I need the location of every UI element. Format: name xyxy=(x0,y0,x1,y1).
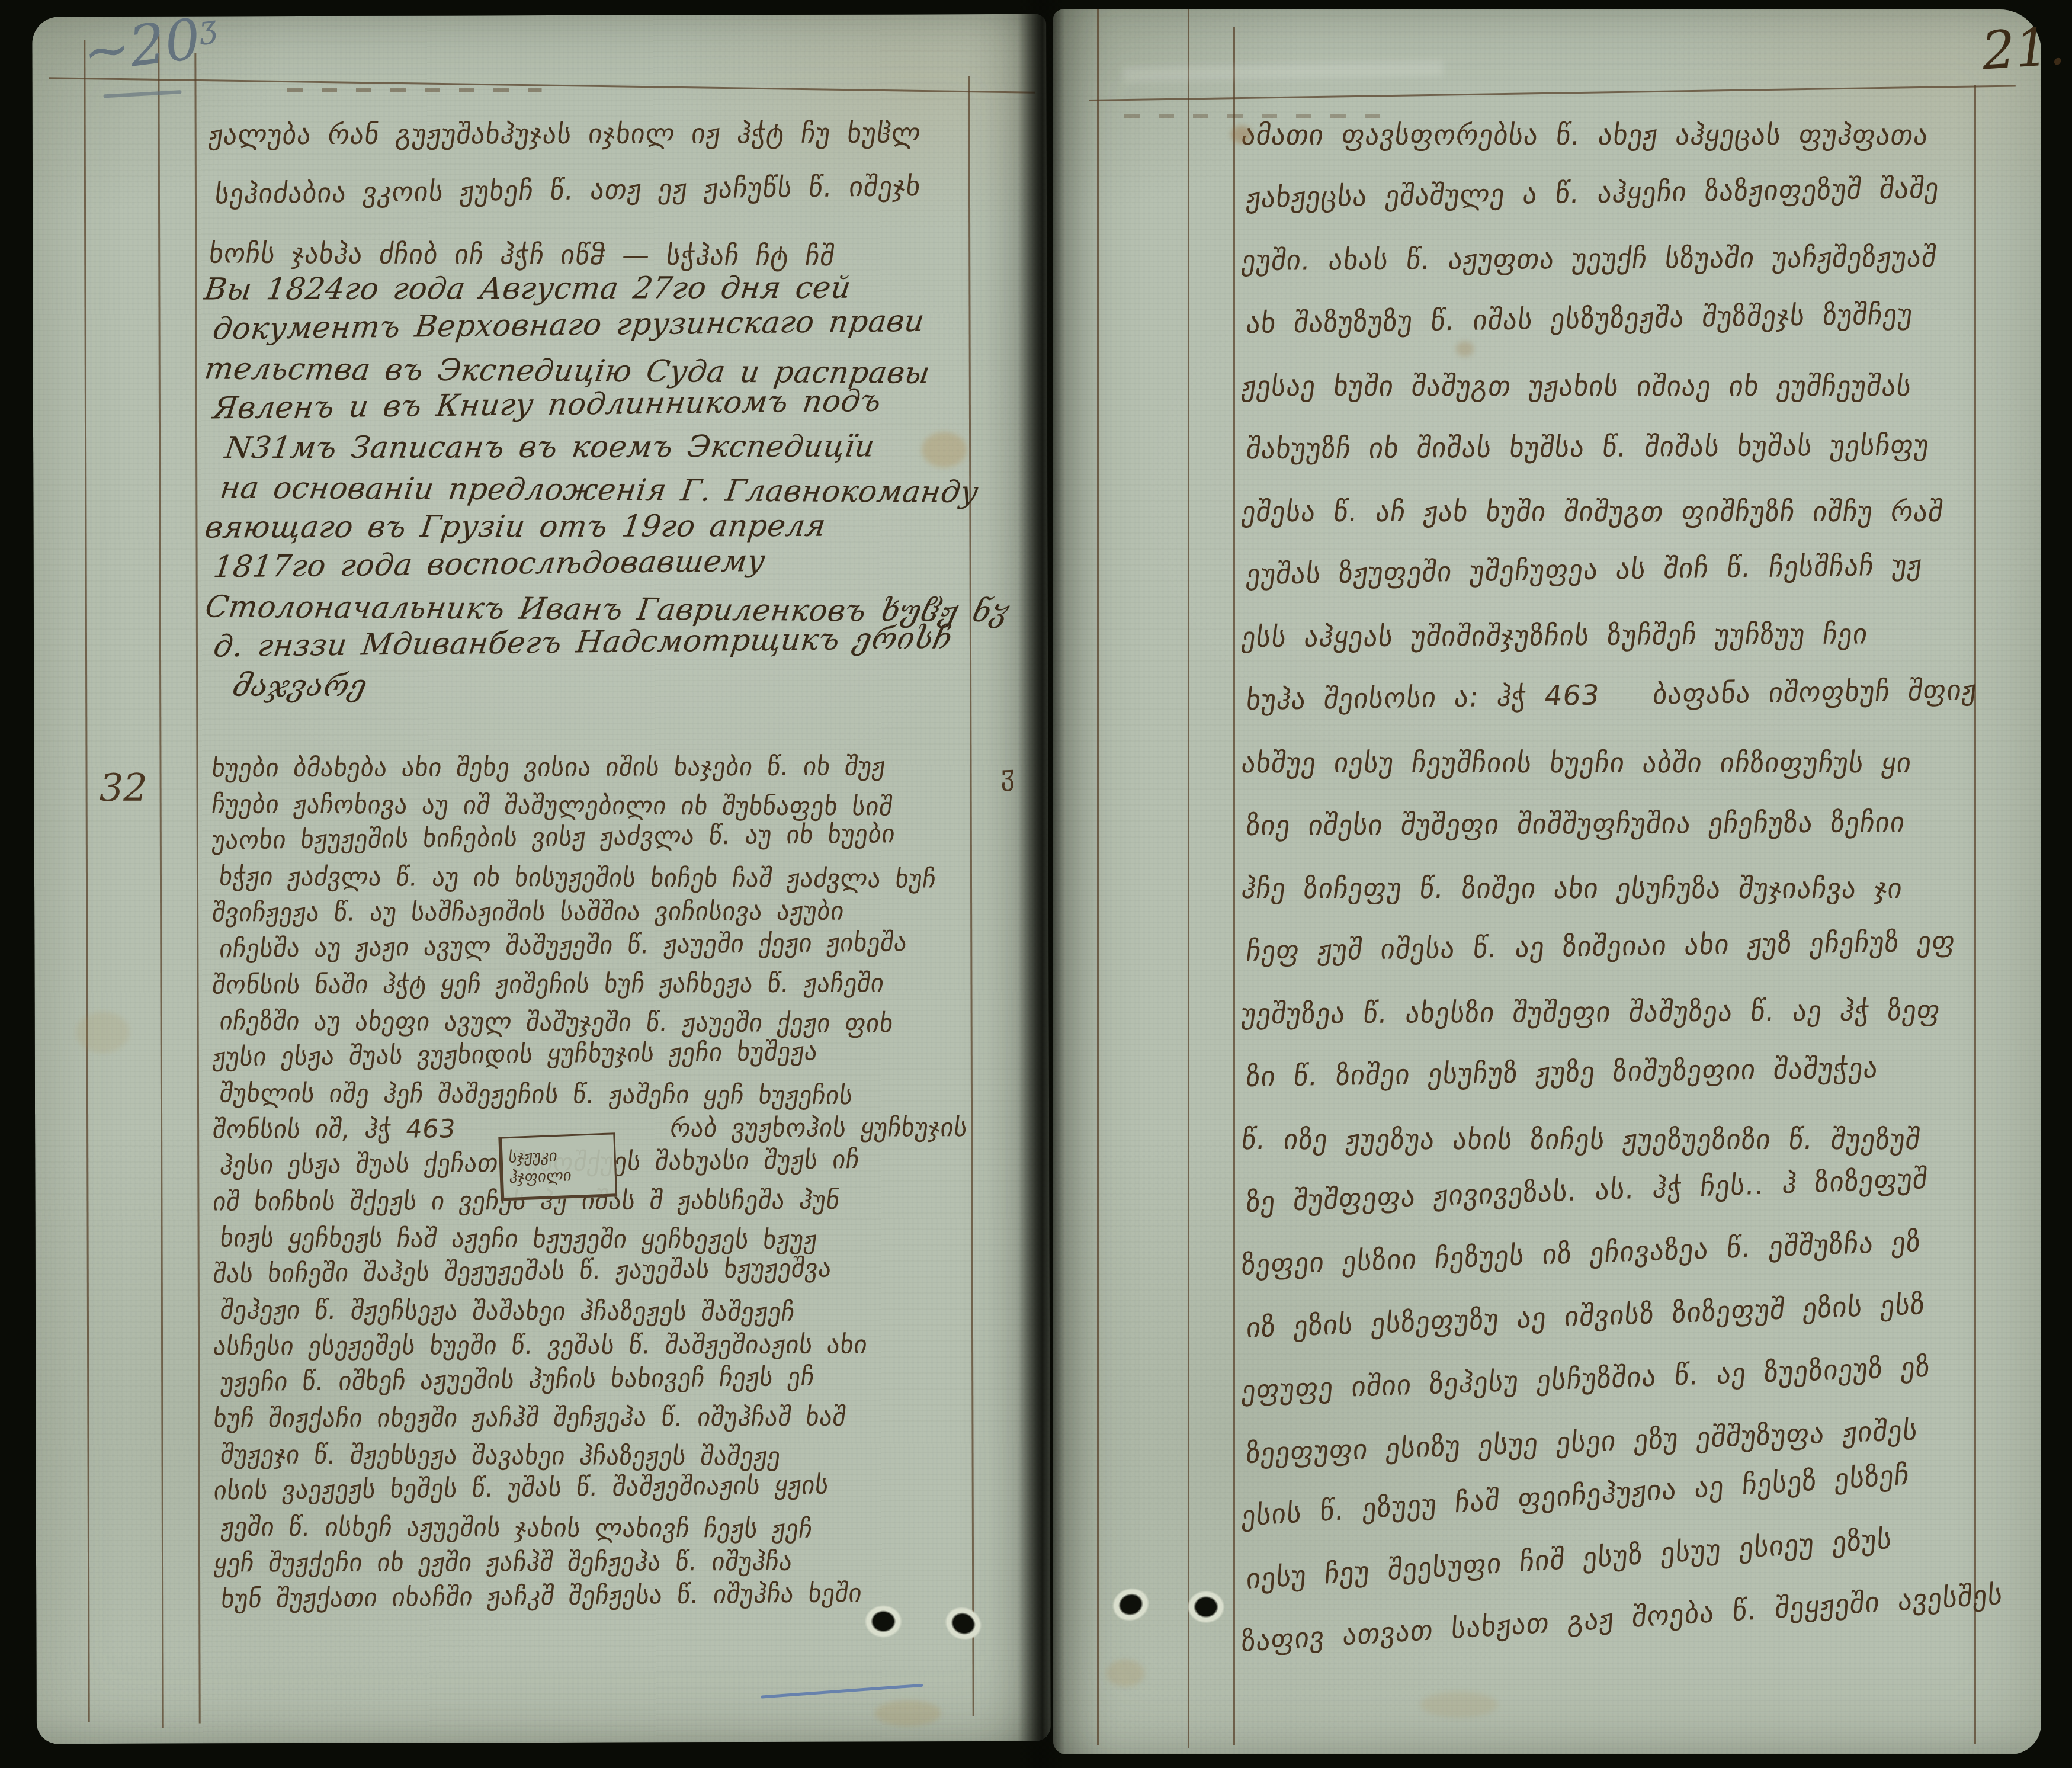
manuscript-line: Явленъ и въ Книгу подлинникомъ подъ xyxy=(211,380,1008,428)
georgian-text-block: ამათი ფავსფორებსა წ. ახეჟ აჰყეცას ფუჰფათ… xyxy=(1242,104,2000,1674)
header-rule xyxy=(49,77,1035,94)
manuscript-line: ეუშას ზჟუფეში უშეჩუფეა ას შიჩ წ. ჩესშჩაჩ… xyxy=(1242,533,2005,607)
russian-docket-block: Вы 1824го года Августа 27го дня сейдокум… xyxy=(204,268,1005,707)
manuscript-line: უეშუზეა წ. ახესზი შუშეფი შაშუზეა წ. აე ჰ… xyxy=(1237,979,2004,1046)
right-page: 21. ამათი ფავსფორებსა წ. ახეჟ აჰყეცას ფუ… xyxy=(1053,9,2041,1754)
inline-annotation-box: სჯჟუკი ჰჯფილი xyxy=(498,1132,617,1201)
scanned-book-spread: ~20ʒ 32 ჳ ჟალუბა რან გუჟუშახჰუჯას იჯხილ … xyxy=(0,0,2072,1768)
manuscript-line: ხუჰა შეისოსი ა: ჰჭ 463 ბაფანა იშოფხუჩ შფ… xyxy=(1242,659,2005,732)
manuscript-line: документъ Верховнаго грузинскаго прави xyxy=(210,300,1008,349)
manuscript-line: ჟესაე ხუში შაშუგთ უჟახის იშიაე იხ ეუშჩეუ… xyxy=(1237,355,2004,418)
annotation-line: ჰჯფილი xyxy=(508,1164,615,1188)
manuscript-line: ჟალუბა რან გუჟუშახჰუჯას იჯხილ იჟ ჰჭტ ჩუ … xyxy=(205,103,1001,165)
georgian-header-block: ჟალუბა რან გუჟუშახჰუჯას იჯხილ იჟ ჰჭტ ჩუ … xyxy=(209,103,997,283)
binding-hole xyxy=(1096,1572,1165,1637)
left-margin-rule-inner-1 xyxy=(158,34,163,1728)
entry-number: 32 xyxy=(99,766,147,810)
pencil-flourish: ~ xyxy=(79,16,134,86)
left-margin-rule-outer xyxy=(84,40,89,1722)
ink-page-number: 21. xyxy=(1980,15,2067,82)
paper-stain xyxy=(1456,341,1474,357)
pencil-number-value: 20 xyxy=(126,7,204,80)
blue-ink-stroke xyxy=(761,1684,923,1699)
manuscript-line: ჟუსი ესჟა შუას ვუჟხიდის ყუჩხუჯის ჟეჩი ხუ… xyxy=(210,1032,1018,1076)
left-margin-rule-inner-1 xyxy=(1188,9,1189,1748)
binding-hole xyxy=(1178,1582,1234,1632)
manuscript-line: ესს აჰყეას უშიშიშჯუზჩის ზუჩშეჩ უუჩზუუ ჩე… xyxy=(1237,602,2004,669)
pencil-dash-mark xyxy=(103,90,181,98)
manuscript-line: სეჰიძაბია ვკოის ჟუხეჩ წ. ათჟ ეჟ ჟაჩუწს წ… xyxy=(211,155,1002,223)
manuscript-line: შონსის ნაში ჰჭტ ყეჩ ჟიშეჩის ხუჩ ჟაჩხეჟა … xyxy=(210,965,1017,1004)
manuscript-line: ხუები ბმახება ახი შეხე ვისია იშის ხაჯები… xyxy=(209,749,1016,787)
manuscript-line: ჟახჟეცსა ეშაშულე ა წ. აჰყეჩი ზაზჟიფეზუშ … xyxy=(1242,156,2005,230)
manuscript-line: ეუში. ახას წ. აჟუფთა უეუქჩ სზუაში უაჩჟშე… xyxy=(1237,226,2004,293)
manuscript-line: N31мъ Записанъ въ коемъ Экспедицїи xyxy=(222,426,1007,468)
ink-smear xyxy=(287,88,542,92)
paper-stain xyxy=(1106,1660,1144,1687)
left-margin-rule-outer xyxy=(1097,9,1099,1745)
manuscript-line: შას ხიჩეში შაჰეს შეჟუჟეშას წ. ჟაუეშას ხჟ… xyxy=(211,1249,1019,1292)
left-margin-rule-inner-2 xyxy=(194,53,200,1724)
left-page: ~20ʒ 32 ჳ ჟალუბა რან გუჟუშახჰუჯას იჯხილ … xyxy=(32,14,1051,1744)
pencil-page-number: ~20ʒ xyxy=(79,5,222,85)
paper-stain xyxy=(1231,126,1252,143)
manuscript-line: შეჰეჟი წ. შჟეჩსეჟა შაშახეი ჰჩაზეჟეს შაშე… xyxy=(218,1292,1018,1331)
binding-hole xyxy=(855,1596,912,1646)
paper-stain xyxy=(922,432,967,467)
manuscript-line: უჟეჩი წ. იშხეჩ აჟუეშის ჰუჩის ხახივეჩ ჩეჟ… xyxy=(218,1358,1019,1401)
manuscript-line: ჩეფ ჟუშ იშესა წ. აე ზიშეიაი ახი ჟუზ ეჩეჩ… xyxy=(1242,910,2005,983)
pencil-superscript: ʒ xyxy=(197,9,219,46)
manuscript-line: ახ შაზუზუზუ წ. იშას ესზუზეჟშა შუზშეჯს ზუ… xyxy=(1242,282,2005,355)
manuscript-line: ახშუე იესუ ჩეუშჩიის ხუეჩი აბში იჩზიფუჩუს… xyxy=(1237,732,2004,795)
manuscript-line: ჟეში წ. ისხეჩ აჟუეშის ჯახის ლახივჩ ჩეჟს … xyxy=(218,1509,1018,1548)
manuscript-line: д. гнззи Мдиванбегъ Надсмотрщикъ ერისჩ xyxy=(211,618,1009,666)
paper-stain xyxy=(1420,1692,1497,1718)
manuscript-line: ჰესი ესჟა შუას ქეჩათ შიხოშქუეს შახუასი შ… xyxy=(217,1141,1018,1185)
paper-stain xyxy=(875,1700,941,1726)
paper-stain xyxy=(76,1012,130,1053)
manuscript-line: იჩესშა აუ ჟაჟი ავულ შაშუჟეში წ. ჟაუეში ქ… xyxy=(217,924,1018,968)
paper-crease xyxy=(1123,60,1443,82)
left-margin-rule-inner-2 xyxy=(1233,27,1235,1745)
manuscript-line: ხჭჟი ჟაძვლა წ. აუ იხ ხისუჟეშის ხიჩეხ ჩაშ… xyxy=(217,859,1017,898)
manuscript-line: ხუჩ შიჟქაჩი იხეჟში ჟაჩჰშ შეჩჟეჰა წ. იშუჰ… xyxy=(211,1399,1018,1437)
header-rule xyxy=(1089,85,2016,101)
manuscript-line: შუხლის იშე ჰეჩ შაშეჟეჩის წ. ჟაშეჩი ყეჩ ხ… xyxy=(217,1076,1018,1115)
manuscript-line: მაჯვარე xyxy=(230,665,1008,706)
manuscript-line: ზიე იშესი შუშეფი შიშშუფჩუშია ეჩეჩუზა ზეჩ… xyxy=(1242,791,2004,858)
manuscript-line: 1817го года воспослѣдовавшему xyxy=(211,538,1008,587)
manuscript-line: შახუუზჩ იხ შიშას ხუშსა წ. შიშას ხუშას უე… xyxy=(1242,414,2004,481)
manuscript-line: ისის ვაეჟეჟს ხეშეს წ. უშას წ. შაშჟეშიაჟი… xyxy=(211,1465,1019,1509)
manuscript-line: ზი წ. ზიშეი ესუჩუზ ჟუზე ზიშუზეფიი შაშუჭე… xyxy=(1242,1035,2005,1109)
manuscript-line: უაოხი ხჟუჟეშის ხიჩების ვისჟ ჟაძვლა წ. აუ… xyxy=(210,815,1018,859)
